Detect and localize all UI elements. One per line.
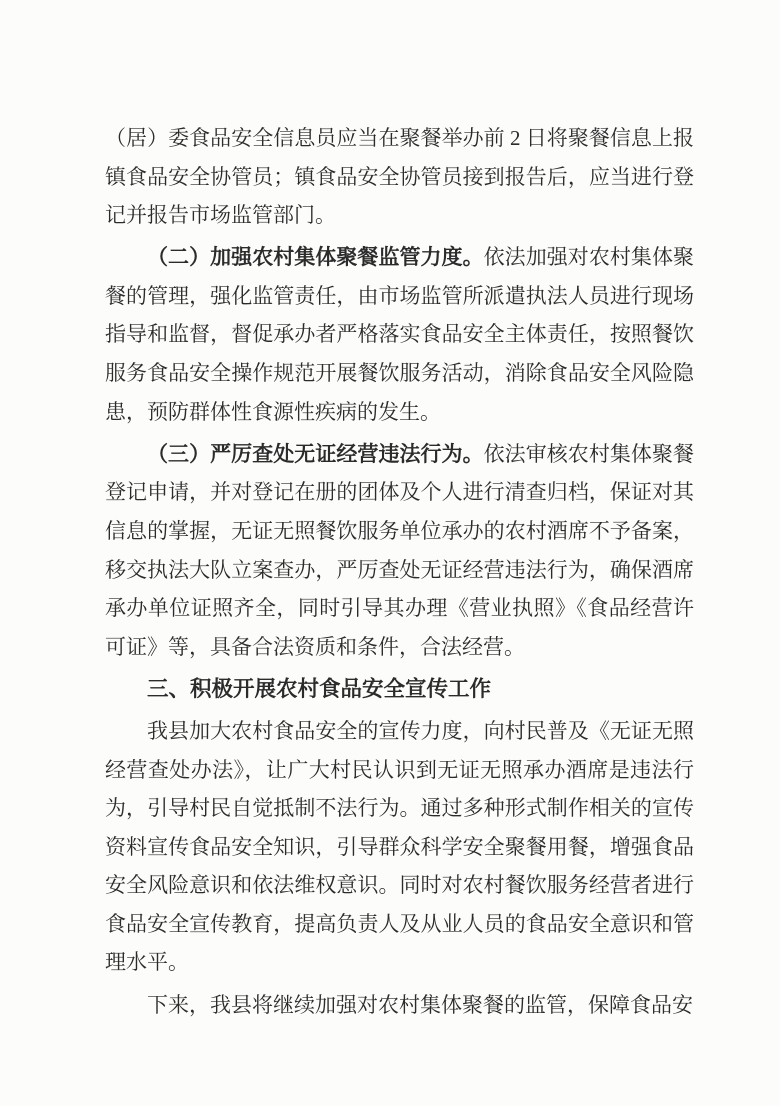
heading-section-three-publicity: 三、积极开展农村食品安全宣传工作: [105, 670, 694, 709]
body-text: 我县加大农村食品安全的宣传力度，向村民普及《无证无照经营查处办法》，让广大村民认…: [105, 719, 694, 975]
paragraph-section-2-supervision: （二）加强农村集体聚餐监管力度。依法加强对农村集体聚餐的管理，强化监管责任，由市…: [105, 238, 694, 431]
document-page: （居）委食品安全信息员应当在聚餐举办前 2 日将聚餐信息上报镇食品安全协管员；镇…: [0, 0, 780, 1106]
document-body: （居）委食品安全信息员应当在聚餐举办前 2 日将聚餐信息上报镇食品安全协管员；镇…: [105, 119, 694, 1024]
emphasis-text: 三、积极开展农村食品安全宣传工作: [147, 677, 491, 701]
body-text: （居）委食品安全信息员应当在聚餐举办前 2 日将聚餐信息上报镇食品安全协管员；镇…: [105, 126, 694, 227]
paragraph-continuation-reporting: （居）委食品安全信息员应当在聚餐举办前 2 日将聚餐信息上报镇食品安全协管员；镇…: [105, 119, 694, 235]
paragraph-section-3-unlicensed-operations: （三）严厉查处无证经营违法行为。依法审核农村集体聚餐登记申请，并对登记在册的团体…: [105, 435, 694, 667]
paragraph-publicity-work: 我县加大农村食品安全的宣传力度，向村民普及《无证无照经营查处办法》，让广大村民认…: [105, 712, 694, 982]
emphasis-text: （三）严厉查处无证经营违法行为。: [147, 442, 484, 466]
body-text: 依法审核农村集体聚餐登记申请，并对登记在册的团体及个人进行清查归档，保证对其信息…: [105, 442, 694, 659]
body-text: 依法加强对农村集体聚餐的管理，强化监管责任，由市场监管所派遣执法人员进行现场指导…: [105, 245, 694, 423]
paragraph-closing-outlook: 下来，我县将继续加强对农村集体聚餐的监管，保障食品安: [105, 986, 694, 1025]
body-text: 下来，我县将继续加强对农村集体聚餐的监管，保障食品安: [147, 993, 693, 1017]
emphasis-text: （二）加强农村集体聚餐监管力度。: [147, 245, 484, 269]
